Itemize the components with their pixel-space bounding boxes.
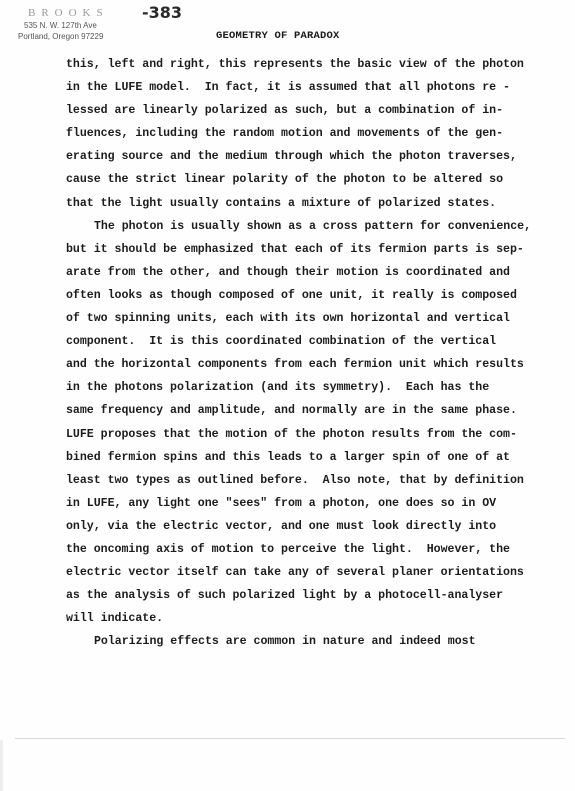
scan-edge [0, 740, 3, 791]
text-line: the oncoming axis of motion to perceive … [66, 538, 566, 561]
stamp-number: -383 [142, 3, 182, 22]
text-line: and the horizontal components from each … [66, 353, 566, 376]
text-line: in the LUFE model. In fact, it is assume… [66, 76, 566, 99]
text-line: cause the strict linear polarity of the … [66, 168, 566, 191]
text-line: will indicate. [66, 607, 566, 630]
text-line: in LUFE, any light one "sees" from a pho… [66, 492, 566, 515]
text-line: in the photons polarization (and its sym… [66, 376, 566, 399]
text-line: fluences, including the random motion an… [66, 122, 566, 145]
text-line: arate from the other, and though their m… [66, 261, 566, 284]
text-line: only, via the electric vector, and one m… [66, 515, 566, 538]
text-line: LUFE proposes that the motion of the pho… [66, 423, 566, 446]
text-line: but it should be emphasized that each of… [66, 238, 566, 261]
text-line: often looks as though composed of one un… [66, 284, 566, 307]
paragraph: this, left and right, this represents th… [66, 53, 566, 215]
text-line: as the analysis of such polarized light … [66, 584, 566, 607]
paragraph: The photon is usually shown as a cross p… [66, 215, 566, 631]
page-bottom-rule [15, 738, 565, 739]
text-line: bined fermion spins and this leads to a … [66, 446, 566, 469]
stamp-address-street: 535 N. W. 127th Ave [24, 21, 97, 30]
text-line: of two spinning units, each with its own… [66, 307, 566, 330]
text-line: The photon is usually shown as a cross p… [66, 215, 566, 238]
stamp-name: BROOKS [28, 7, 109, 19]
document-page: BROOKS -383 535 N. W. 127th Ave Portland… [0, 0, 575, 791]
text-line: same frequency and amplitude, and normal… [66, 399, 566, 422]
page-title: GEOMETRY OF PARADOX [216, 30, 340, 42]
text-line: component. It is this coordinated combin… [66, 330, 566, 353]
paragraph: Polarizing effects are common in nature … [66, 630, 566, 653]
text-line: that the light usually contains a mixtur… [66, 192, 566, 215]
text-line: erating source and the medium through wh… [66, 145, 566, 168]
text-line: electric vector itself can take any of s… [66, 561, 566, 584]
text-line: lessed are linearly polarized as such, b… [66, 99, 566, 122]
stamp-address-city: Portland, Oregon 97229 [18, 32, 103, 41]
body-text: this, left and right, this represents th… [66, 53, 566, 653]
text-line: least two types as outlined before. Also… [66, 469, 566, 492]
text-line: this, left and right, this represents th… [66, 53, 566, 76]
text-line: Polarizing effects are common in nature … [66, 630, 566, 653]
